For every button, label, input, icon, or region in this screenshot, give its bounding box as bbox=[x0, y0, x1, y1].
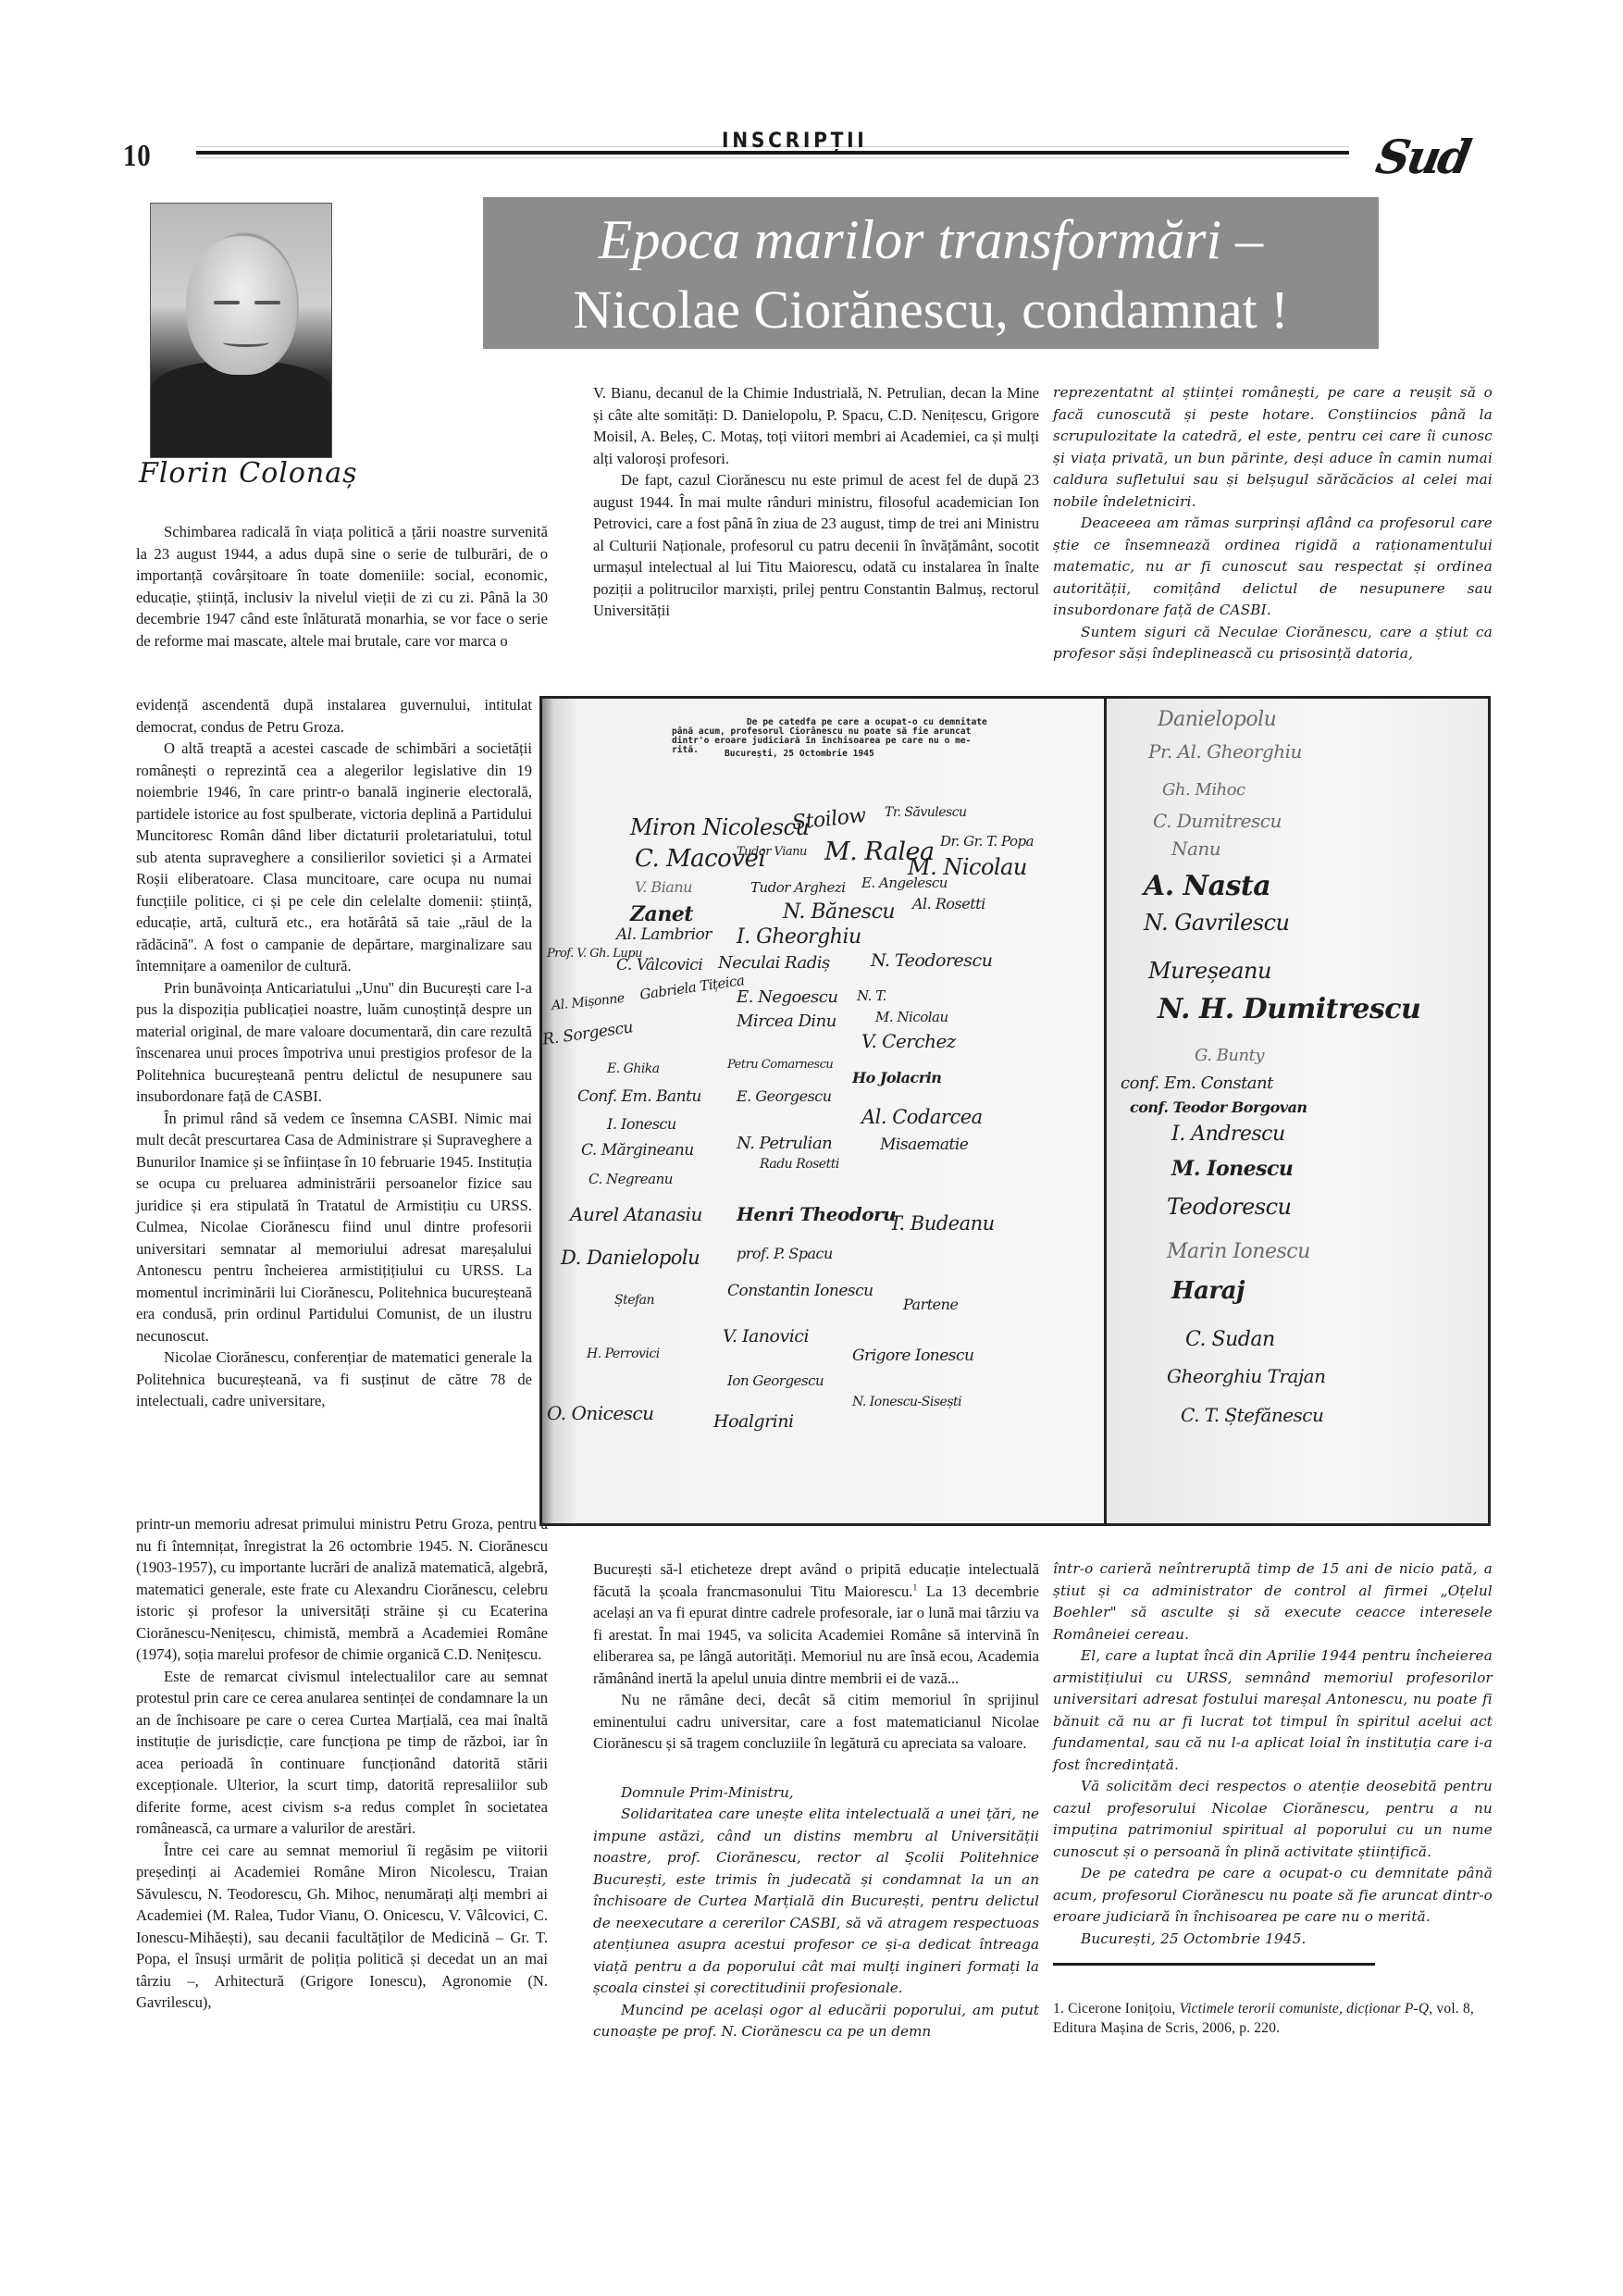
signature: I. Ionescu bbox=[607, 1115, 676, 1133]
signature: N. T. bbox=[857, 987, 886, 1004]
paragraph: Între cei care au semnat memoriul îi reg… bbox=[136, 1840, 548, 2014]
paragraph: În primul rând să vedem ce însemna CASBI… bbox=[136, 1108, 532, 1347]
signature: O. Onicescu bbox=[547, 1402, 654, 1424]
paragraph: Nu ne rămâne deci, decât să citim memori… bbox=[593, 1689, 1039, 1755]
signature: Radu Rosetti bbox=[760, 1157, 839, 1172]
signature: H. Perrovici bbox=[587, 1347, 660, 1361]
signature: N. Gavrilescu bbox=[1144, 910, 1290, 936]
memo-paragraph: Suntem siguri că Neculae Ciorănescu, car… bbox=[1053, 622, 1493, 665]
photo-eye bbox=[214, 301, 240, 304]
signature: Misaematie bbox=[880, 1136, 968, 1154]
signature: Gheorghiu Trajan bbox=[1167, 1365, 1325, 1387]
paragraph: O altă treaptă a acestei cascade de schi… bbox=[136, 738, 532, 977]
signature: Partene bbox=[903, 1296, 958, 1313]
column-1-bottom: printr-un memoriu adresat primului minis… bbox=[136, 1513, 548, 2014]
signature: N. H. Dumitrescu bbox=[1158, 993, 1420, 1025]
column-1-top: Schimbarea radicală în viața politică a … bbox=[136, 521, 548, 694]
typed-memo-date: Bucureşti, 25 Octombrie 1945 bbox=[725, 750, 874, 759]
signature: Grigore Ionescu bbox=[852, 1347, 974, 1365]
publication-logo: Sud bbox=[1372, 130, 1473, 184]
signature: Petru Comarnescu bbox=[727, 1058, 833, 1072]
column-3-top-memo: reprezentatnt al științei românești, pe … bbox=[1053, 382, 1493, 665]
signature: Constantin Ionescu bbox=[727, 1282, 873, 1300]
signature: Stoilow bbox=[791, 804, 867, 835]
paragraph: Nicolae Ciorănescu, conferențiar de mate… bbox=[136, 1347, 532, 1412]
memo-paragraph: Muncind pe același ogor al educării popo… bbox=[593, 2000, 1039, 2043]
author-photo bbox=[150, 203, 332, 458]
footnote-author: Cicerone Ionițoiu, bbox=[1064, 2001, 1180, 2017]
photo-shoulders bbox=[151, 361, 331, 457]
paragraph: V. Bianu, decanul de la Chimie Industria… bbox=[593, 382, 1039, 469]
signature: E. Negoescu bbox=[737, 987, 837, 1007]
paragraph: printr-un memoriu adresat primului minis… bbox=[136, 1513, 548, 1666]
memo-paragraph: Solidaritatea care unește elita intelect… bbox=[593, 1804, 1039, 2000]
signature: Henri Theodoru bbox=[737, 1203, 896, 1225]
article-title-line-2: Nicolae Ciorănescu, condamnat ! bbox=[483, 277, 1379, 343]
memo-paragraph: într-o carieră neîntreruptă timp de 15 a… bbox=[1053, 1558, 1493, 1645]
signature: Marin Ionescu bbox=[1167, 1240, 1310, 1263]
signature: Danielopolu bbox=[1158, 708, 1276, 731]
signature: Ion Georgescu bbox=[727, 1372, 824, 1389]
signature: Nanu bbox=[1171, 838, 1220, 860]
signature: Ștefan bbox=[614, 1293, 654, 1308]
article-title-line-1: Epoca marilor transformări – bbox=[483, 206, 1379, 273]
signature: V. Cerchez bbox=[861, 1030, 956, 1052]
signature: E. Ghika bbox=[607, 1061, 660, 1076]
photo-face bbox=[186, 236, 297, 375]
signature: conf. Em. Constant bbox=[1121, 1074, 1273, 1093]
footnote-number: 1. bbox=[1053, 2001, 1064, 2017]
signature: Aurel Atanasiu bbox=[570, 1203, 702, 1225]
signature: D. Danielopolu bbox=[561, 1247, 700, 1269]
signature: N. Bănescu bbox=[783, 900, 895, 924]
photo-eye bbox=[254, 301, 280, 304]
paragraph: București să-l eticheteze drept având o … bbox=[593, 1558, 1039, 1689]
signature: N. Ionescu-Sisești bbox=[852, 1395, 961, 1409]
signature: M. Ionescu bbox=[1171, 1157, 1293, 1181]
memorandum-signatures-page-2: Danielopolu Pr. Al. Gheorghiu Gh. Mihoc … bbox=[1104, 696, 1491, 1526]
memo-paragraph: El, care a luptat încă din Aprilie 1944 … bbox=[1053, 1645, 1493, 1776]
signature: Neculai Radiș bbox=[718, 953, 830, 973]
column-1-middle: evidență ascendentă după instalarea guve… bbox=[136, 694, 532, 1412]
signature: G. Bunty bbox=[1195, 1046, 1264, 1065]
spacer bbox=[593, 1755, 1039, 1782]
signature: C. T. Ștefănescu bbox=[1181, 1404, 1323, 1426]
memo-quote: Domnule Prim-Ministru, Solidaritatea car… bbox=[593, 1782, 1039, 2043]
paragraph: Este de remarcat civismul intelectualilo… bbox=[136, 1666, 548, 1840]
paragraph: Schimbarea radicală în viața politică a … bbox=[136, 521, 548, 694]
signature: Miron Nicolescu bbox=[630, 814, 809, 840]
signature: V. Bianu bbox=[635, 878, 692, 896]
memo-paragraph: Deaceeea am rămas surprinși aflând ca pr… bbox=[1053, 513, 1493, 622]
signature: Al. Mișonne bbox=[551, 991, 625, 1013]
memo-salutation: Domnule Prim-Ministru, bbox=[593, 1782, 1039, 1805]
signature: A. Nasta bbox=[1144, 870, 1270, 902]
signature: Al. Codarcea bbox=[861, 1106, 983, 1128]
section-title: INSCRIPȚII bbox=[722, 130, 868, 153]
signature: Al. Rosetti bbox=[912, 895, 985, 912]
signature: Mircea Dinu bbox=[737, 1011, 836, 1031]
signature: T. Budeanu bbox=[889, 1212, 995, 1235]
signature: M. Nicolau bbox=[875, 1009, 948, 1025]
signature: Pr. Al. Gheorghiu bbox=[1148, 740, 1302, 763]
signature: Mureșeanu bbox=[1148, 958, 1271, 984]
memo-paragraph: De pe catedra pe care a ocupat-o cu demn… bbox=[1053, 1863, 1493, 1929]
signature: C. Mărgineanu bbox=[581, 1141, 694, 1160]
signature: C. Dumitrescu bbox=[1153, 810, 1282, 832]
memo-date: București, 25 Octombrie 1945. bbox=[1053, 1929, 1493, 1951]
paragraph: De fapt, cazul Ciorănescu nu este primul… bbox=[593, 469, 1039, 622]
paragraph: evidență ascendentă după instalarea guve… bbox=[136, 694, 532, 738]
memo-paragraph: reprezentatnt al științei românești, pe … bbox=[1053, 382, 1493, 513]
memo-paragraph: Vă solicităm deci respectos o atenție de… bbox=[1053, 1776, 1493, 1863]
signature: Haraj bbox=[1171, 1277, 1245, 1305]
signature: Al. Lambrior bbox=[616, 925, 712, 944]
signature: Tudor Vianu bbox=[737, 845, 807, 859]
author-byline: Florin Colonaș bbox=[139, 457, 358, 490]
signature: Teodorescu bbox=[1167, 1194, 1292, 1220]
signature: V. Ianovici bbox=[723, 1326, 809, 1347]
footnote: 1. Cicerone Ionițoiu, Victimele terorii … bbox=[1053, 1999, 1493, 2038]
column-2-top: V. Bianu, decanul de la Chimie Industria… bbox=[593, 382, 1039, 622]
signature: I. Andrescu bbox=[1171, 1123, 1285, 1146]
signature: N. Teodorescu bbox=[871, 950, 992, 971]
signature: C. Sudan bbox=[1185, 1328, 1275, 1351]
photo-smile bbox=[223, 338, 269, 347]
signature: R. Sorgescu bbox=[541, 1018, 634, 1049]
signature: C. Vâlcovici bbox=[616, 956, 702, 974]
signature: N. Petrulian bbox=[737, 1134, 832, 1153]
header-rule-thin-bottom bbox=[196, 157, 1349, 158]
column-2-bottom: București să-l eticheteze drept având o … bbox=[593, 1558, 1039, 2043]
page-number: 10 bbox=[123, 139, 152, 174]
footnote-title: Victimele terorii comuniste, dicționar P… bbox=[1180, 2001, 1430, 2017]
signature: Tudor Arghezi bbox=[750, 879, 846, 896]
signature: E. Georgescu bbox=[737, 1087, 832, 1105]
article-title-banner: Epoca marilor transformări – Nicolae Cio… bbox=[483, 197, 1379, 349]
footnote-divider bbox=[1053, 1963, 1375, 1966]
signature: C. Negreanu bbox=[588, 1171, 673, 1187]
signature: Dr. Gr. T. Popa bbox=[940, 833, 1034, 850]
signature: E. Angelescu bbox=[861, 875, 948, 891]
signature: Conf. Em. Bantu bbox=[577, 1087, 701, 1106]
signature: Gabriela Tițeica bbox=[638, 972, 745, 1003]
signature: Ho Jolacrin bbox=[852, 1069, 941, 1086]
signature: Hoalgrini bbox=[713, 1411, 794, 1432]
signature: Gh. Mihoc bbox=[1162, 780, 1245, 800]
signature: conf. Teodor Borgovan bbox=[1130, 1098, 1307, 1116]
signature: I. Gheorghiu bbox=[737, 925, 861, 949]
signature: prof. P. Spacu bbox=[737, 1245, 833, 1262]
column-3-bottom-memo: într-o carieră neîntreruptă timp de 15 a… bbox=[1053, 1558, 1493, 2038]
signature: Tr. Săvulescu bbox=[885, 805, 967, 820]
signature: Zanet bbox=[630, 902, 693, 926]
memorandum-signatures-page-1: De pe catedfa pe care a ocupat-o cu demn… bbox=[539, 696, 1107, 1526]
paragraph: Prin bunăvoința Anticariatului „Unu'' di… bbox=[136, 977, 532, 1108]
